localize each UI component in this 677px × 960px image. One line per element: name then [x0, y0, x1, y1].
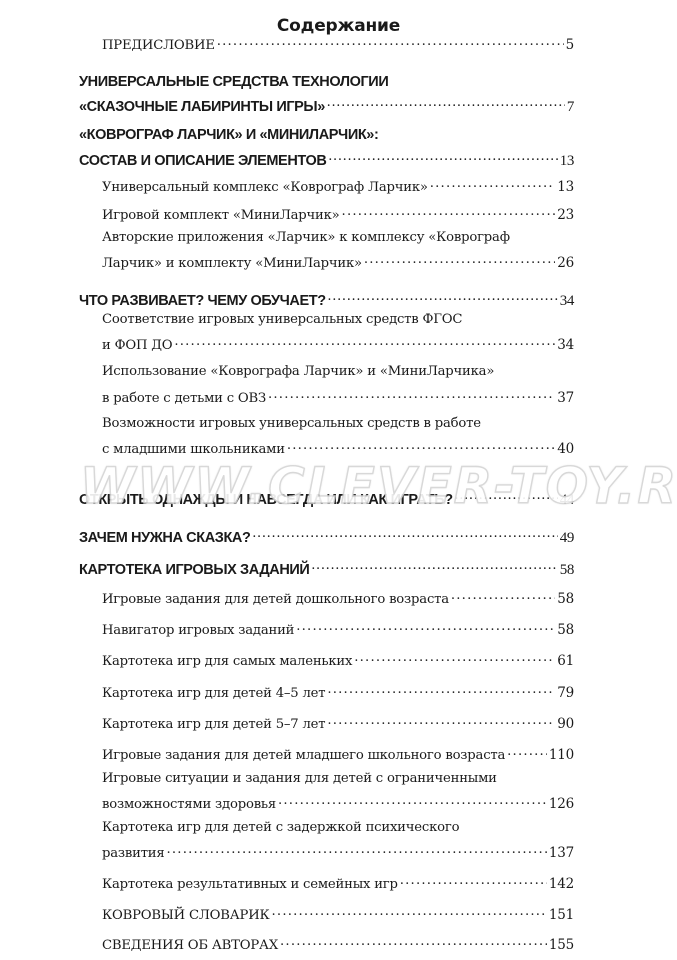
- page-title: Содержание: [0, 16, 677, 36]
- dot-leader: [451, 590, 555, 603]
- toc-entry-title: с младшими школьниками: [102, 442, 285, 457]
- dot-leader: [327, 96, 565, 111]
- toc-entry-title: и ФОП ДО: [102, 338, 172, 353]
- toc-entry-title: Игровые ситуации и задания для детей с о…: [102, 771, 497, 786]
- toc-entry-title: Игровые задания для детей дошкольного во…: [102, 592, 449, 607]
- dot-leader: [455, 489, 558, 504]
- toc-entry-title: ЗАЧЕМ НУЖНА СКАЗКА?: [79, 530, 250, 546]
- toc-entry-title: УНИВЕРСАЛЬНЫЕ СРЕДСТВА ТЕХНОЛОГИИ: [79, 74, 388, 90]
- toc-entry-title: Навигатор игровых заданий: [102, 623, 294, 638]
- toc-entry-title: СВЕДЕНИЯ ОБ АВТОРАХ: [102, 938, 278, 953]
- toc-entry-title: Игровые задания для детей младшего школь…: [102, 748, 505, 763]
- dot-leader: [268, 389, 555, 402]
- toc-entry-title: СОСТАВ И ОПИСАНИЕ ЭЛЕМЕНТОВ: [79, 153, 326, 169]
- dot-leader: [400, 875, 547, 888]
- toc-entry-title: Использование «Коврографа Ларчик» и «Мин…: [102, 364, 494, 379]
- toc-entry-title: Игровой комплект «МиниЛарчик»: [102, 208, 340, 223]
- toc-entry-title: развития: [102, 846, 165, 861]
- toc-entry-title: Картотека игр для самых маленьких: [102, 654, 352, 669]
- page-number: 7: [567, 99, 574, 116]
- page-number: 142: [549, 876, 574, 892]
- page-number: 90: [557, 716, 574, 732]
- toc-entry-title: Универсальный комплекс «Коврограф Ларчик…: [102, 180, 428, 195]
- page-number: 13: [557, 179, 574, 195]
- dot-leader: [252, 527, 557, 542]
- dot-leader: [342, 206, 556, 219]
- dot-leader: [327, 684, 555, 697]
- toc-entry-title: ОТКРЫТЬ ОДНАЖДЫ И НАВСЕГДА ИЛИ КАК ИГРАТ…: [79, 492, 453, 508]
- dot-leader: [174, 336, 555, 349]
- dot-leader: [217, 36, 564, 49]
- dot-leader: [354, 652, 555, 665]
- dot-leader: [507, 746, 547, 759]
- page-number: 110: [549, 747, 574, 763]
- page-number: 58: [560, 562, 574, 579]
- dot-leader: [311, 559, 557, 574]
- toc-entry-title: Картотека игр для детей 4–5 лет: [102, 686, 325, 701]
- toc-entry-title: Картотека игр для детей с задержкой псих…: [102, 820, 459, 835]
- page-number: 26: [557, 255, 574, 271]
- toc-entry-title: ПРЕДИСЛОВИЕ: [102, 38, 215, 53]
- dot-leader: [287, 440, 555, 453]
- dot-leader: [278, 795, 547, 808]
- toc-entry-title: Возможности игровых универсальных средст…: [102, 416, 481, 431]
- dot-leader: [430, 178, 555, 191]
- dot-leader: [167, 844, 547, 857]
- toc-page: Содержание ПРЕДИСЛОВИЕ5УНИВЕРСАЛЬНЫЕ СРЕ…: [0, 0, 677, 960]
- toc-entry-title: Авторские приложения «Ларчик» к комплекс…: [102, 230, 510, 245]
- page-number: 58: [557, 622, 574, 638]
- page-number: 126: [549, 796, 574, 812]
- page-number: 49: [560, 530, 574, 547]
- page-number: 34: [560, 293, 574, 310]
- page-number: 151: [549, 907, 574, 923]
- toc-entry-title: Картотека игр для детей 5–7 лет: [102, 717, 325, 732]
- dot-leader: [328, 290, 558, 305]
- dot-leader: [272, 906, 547, 919]
- dot-leader: [328, 150, 557, 165]
- page-number: 44: [560, 492, 574, 509]
- dot-leader: [364, 254, 555, 267]
- toc-entry-title: возможностями здоровья: [102, 797, 276, 812]
- page-number: 79: [557, 685, 574, 701]
- page-number: 5: [566, 37, 574, 53]
- dot-leader: [280, 936, 547, 949]
- page-number: 58: [557, 591, 574, 607]
- page-number: 155: [549, 937, 574, 953]
- toc-entry-title: Ларчик» и комплекту «МиниЛарчик»: [102, 256, 362, 271]
- page-number: 13: [560, 153, 574, 170]
- page-number: 23: [557, 207, 574, 223]
- page-number: 34: [557, 337, 574, 353]
- toc-entry-title: ЧТО РАЗВИВАЕТ? ЧЕМУ ОБУЧАЕТ?: [79, 293, 326, 309]
- toc-entry-title: Картотека результативных и семейных игр: [102, 877, 398, 892]
- toc-entry-title: КОВРОВЫЙ СЛОВАРИК: [102, 908, 270, 923]
- page-number: 37: [557, 390, 574, 406]
- page-number: 40: [557, 441, 574, 457]
- page-number: 137: [549, 845, 574, 861]
- toc-entry-title: Соответствие игровых универсальных средс…: [102, 312, 462, 327]
- page-number: 61: [557, 653, 574, 669]
- toc-entry-title: «КОВРОГРАФ ЛАРЧИК» И «МИНИЛАРЧИК»:: [79, 127, 378, 143]
- toc-entry-title: «СКАЗОЧНЫЕ ЛАБИРИНТЫ ИГРЫ»: [79, 99, 325, 115]
- dot-leader: [327, 715, 555, 728]
- toc-entry-title: в работе с детьми с ОВЗ: [102, 391, 266, 406]
- dot-leader: [296, 621, 555, 634]
- toc-entry-title: КАРТОТЕКА ИГРОВЫХ ЗАДАНИЙ: [79, 562, 309, 578]
